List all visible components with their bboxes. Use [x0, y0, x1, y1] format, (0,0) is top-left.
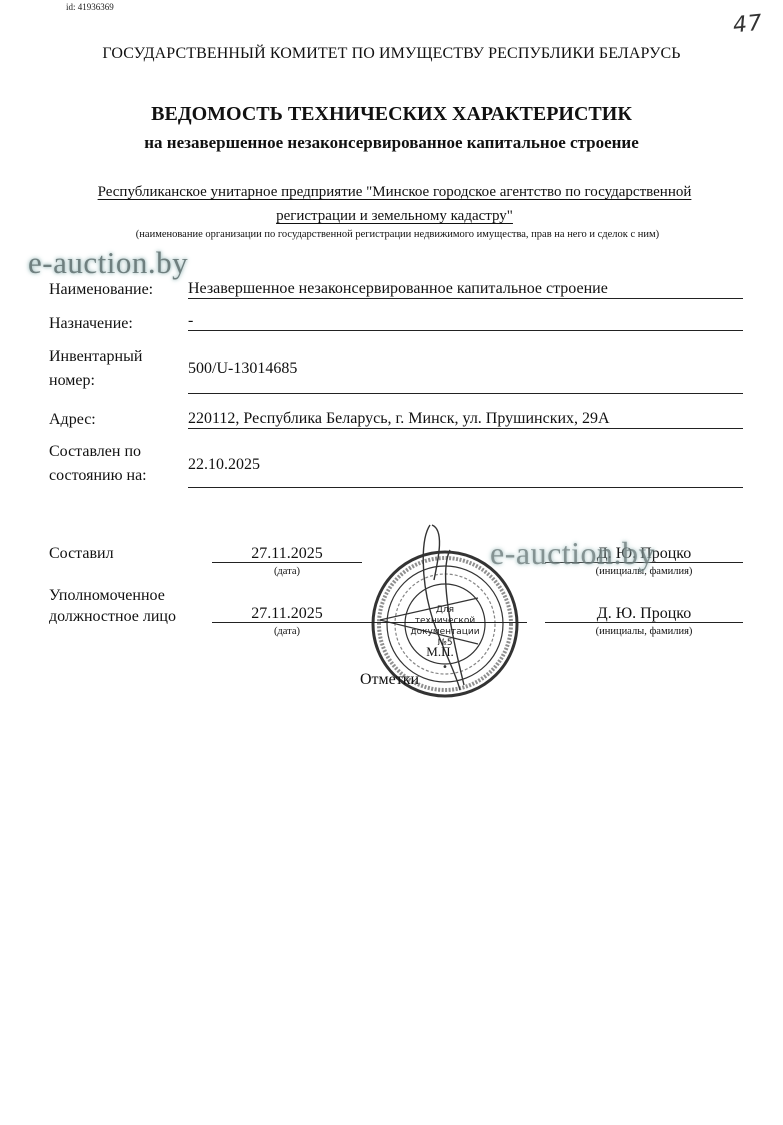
field-asof-value: 22.10.2025 [188, 456, 260, 474]
page-number: 47 [732, 11, 764, 39]
field-purpose-underline [188, 330, 743, 331]
stamp-dot: • [442, 662, 448, 673]
signature-authorized-date-caption: (дата) [212, 626, 362, 637]
signature-authorized-name-underline [545, 622, 743, 623]
field-address-label: Адрес: [49, 408, 96, 432]
field-inventory-value: 500/U-13014685 [188, 360, 297, 378]
field-inventory-label: Инвентарный номер: [49, 345, 142, 393]
field-name-value: Незавершенное незаконсервированное капит… [188, 280, 608, 298]
signature-authorized-date-underline [212, 622, 362, 623]
document-title: ВЕДОМОСТЬ ТЕХНИЧЕСКИХ ХАРАКТЕРИСТИК [0, 103, 783, 126]
signature-authorized-label-line-2: должностное лицо [49, 606, 176, 627]
signature-compiled-date-underline [212, 562, 362, 563]
stamp-text-2: технической [415, 616, 476, 626]
signature-authorized-name: Д. Ю. Процко [545, 605, 743, 623]
field-name-underline [188, 298, 743, 299]
field-asof-label-line-2: состоянию на: [49, 464, 147, 488]
signature-authorized-label: Уполномоченное должностное лицо [49, 585, 176, 627]
field-inventory-label-line-2: номер: [49, 369, 142, 393]
signature-compiled-date: 27.11.2025 [212, 545, 362, 563]
field-asof-underline [188, 487, 743, 488]
organization-line-2: регистрации и земельному кадастру" [276, 208, 513, 224]
document-id: id: 41936369 [66, 2, 114, 12]
field-inventory-underline [188, 393, 743, 394]
field-inventory-label-line-1: Инвентарный [49, 345, 142, 369]
watermark-2: e-auction.by [490, 535, 655, 572]
document-subtitle: на незавершенное незаконсервированное ка… [0, 133, 783, 153]
field-address-underline [188, 428, 743, 429]
signature-compiled-label: Составил [49, 543, 114, 564]
signature-authorized-date: 27.11.2025 [212, 605, 362, 623]
signature-compiled-date-caption: (дата) [212, 566, 362, 577]
organization-line-1: Республиканское унитарное предприятие "М… [98, 184, 692, 200]
organization-caption: (наименование организации по государстве… [60, 229, 735, 240]
field-address-value: 220112, Республика Беларусь, г. Минск, у… [188, 410, 610, 428]
field-asof-label-line-1: Составлен по [49, 440, 147, 464]
field-purpose-value: - [188, 312, 193, 330]
field-purpose-label: Назначение: [49, 312, 133, 336]
committee-heading: ГОСУДАРСТВЕННЫЙ КОМИТЕТ ПО ИМУЩЕСТВУ РЕС… [0, 45, 783, 63]
field-asof-label: Составлен по состоянию на: [49, 440, 147, 488]
signature-authorized-sign-underline [362, 622, 527, 623]
stamp-seal-mark: М.П. [426, 644, 453, 659]
notes-label: Отметки [360, 671, 419, 689]
signature-authorized-name-caption: (инициалы, фамилия) [545, 626, 743, 637]
field-name-label: Наименование: [49, 278, 153, 302]
signature-authorized-label-line-1: Уполномоченное [49, 585, 176, 606]
watermark: e-auction.by [28, 245, 188, 281]
organization-name: Республиканское унитарное предприятие "М… [72, 180, 717, 228]
stamp-text-1: Для [436, 605, 454, 615]
stamp-text-3: документации [410, 627, 479, 637]
